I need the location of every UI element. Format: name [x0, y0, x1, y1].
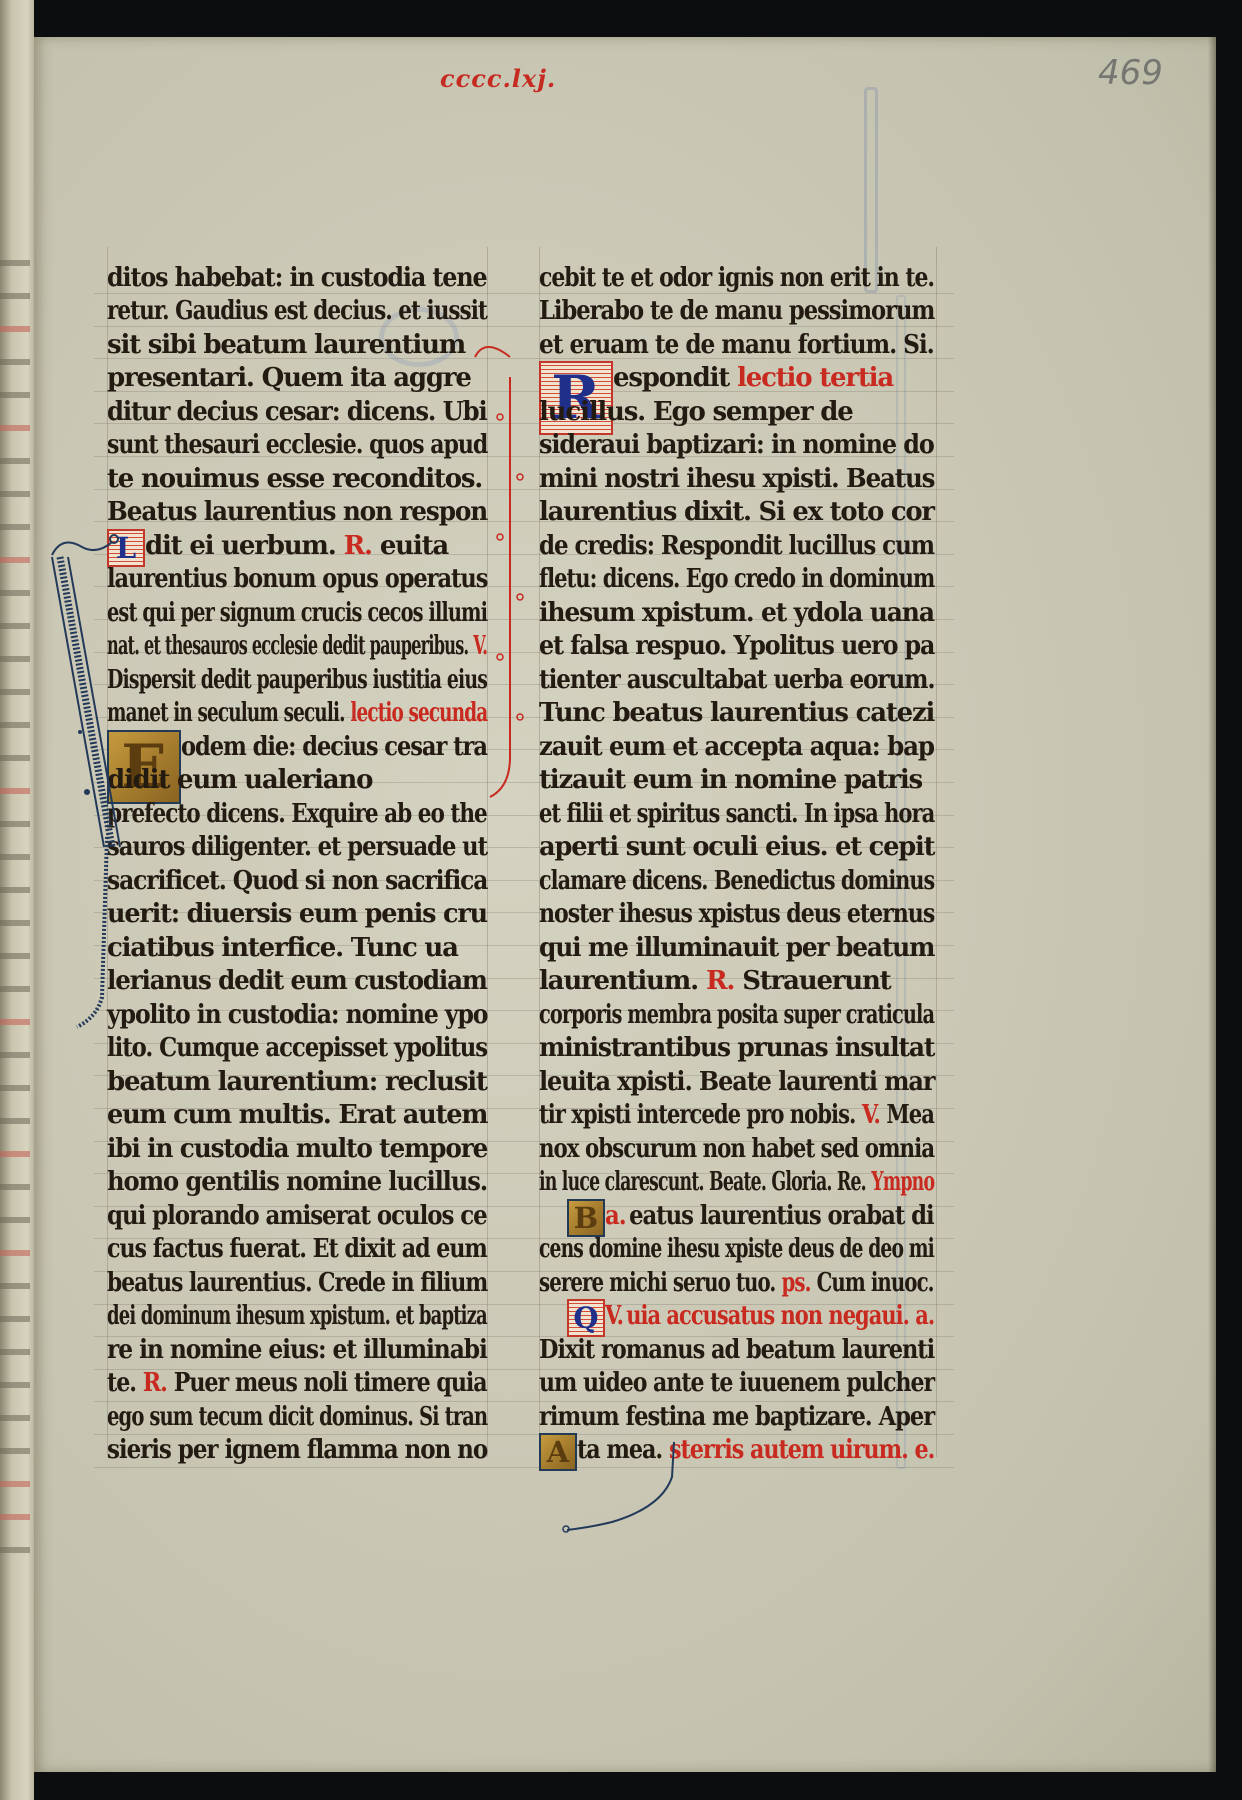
line-text: dit ei uerbum. — [145, 531, 336, 561]
adjacent-page-text-trace — [0, 887, 30, 893]
rubric-text: Ympno — [871, 1167, 934, 1197]
manuscript-line: Dispersit dedit pauperibus iustitia eius — [107, 665, 487, 695]
line-text: sacrificet. Quod si non sacrifica — [107, 866, 487, 896]
line-text: eatus laurentius orabat di — [629, 1201, 934, 1231]
pencil-foliation: 469 — [1098, 53, 1163, 93]
manuscript-line: lerianus dedit eum custodiam — [107, 966, 487, 996]
line-text: aperti sunt oculi eius. et cepit — [539, 832, 934, 862]
manuscript-line: sieris per ignem flamma non no — [107, 1435, 487, 1465]
line-text: cus factus fuerat. Et dixit ad eum — [107, 1234, 487, 1264]
text-column-left: ditos habebat: in custodia teneretur. Ga… — [107, 263, 487, 1453]
manuscript-line: a.eatus laurentius orabat di — [605, 1201, 934, 1231]
line-text: ibi in custodia multo tempore — [107, 1134, 487, 1164]
manuscript-line: corporis membra posita super craticula — [539, 1000, 934, 1030]
line-text: laurentius dixit. Si ex toto cor — [539, 497, 934, 527]
manuscript-line: cens domine ihesu xpiste deus de deo mi — [539, 1234, 934, 1264]
line-text: tizauit eum in nomine patris — [539, 765, 922, 795]
manuscript-line: Tunc beatus laurentius catezi — [539, 698, 934, 728]
line-text: sit sibi beatum laurentium — [107, 330, 465, 360]
adjacent-page-text-trace — [0, 491, 30, 497]
manuscript-line: et filii et spiritus sancti. In ipsa hor… — [539, 799, 934, 829]
line-text-continued: Cum inuoc. — [817, 1268, 934, 1298]
rubric-text: R. — [706, 966, 734, 996]
initial-border-flourish-red — [470, 337, 550, 837]
manuscript-line: Dixit romanus ad beatum laurenti — [539, 1335, 934, 1365]
manuscript-line: mini nostri ihesu xpisti. Beatus — [539, 464, 934, 494]
line-text-continued: Aper — [879, 1402, 935, 1432]
manuscript-line: ministrantibus prunas insultat — [539, 1033, 934, 1063]
line-text: qui plorando amiserat oculos ce — [107, 1201, 487, 1231]
adjacent-page-strip — [0, 0, 34, 1800]
manuscript-line: ditos habebat: in custodia tene — [107, 263, 487, 293]
manuscript-line: clamare dicens. Benedictus dominus — [539, 866, 934, 896]
line-text: noster ihesus xpistus deus eternus — [539, 899, 934, 929]
line-text: laurentium. — [539, 966, 698, 996]
manuscript-line: sauros diligenter. et persuade ut — [107, 832, 487, 862]
line-text: ministrantibus prunas insultat — [539, 1033, 934, 1063]
adjacent-page-text-trace — [0, 392, 30, 398]
line-text: sauros diligenter. et persuade ut — [107, 832, 487, 862]
rubric-text: V. — [862, 1100, 880, 1130]
line-text: Tunc beatus laurentius catezi — [539, 698, 934, 728]
line-text: clamare dicens. Benedictus dominus — [539, 866, 934, 896]
manuscript-line: manet in seculum seculi.lectio secunda — [107, 698, 487, 728]
line-text: ditur decius cesar: dicens. Ubi — [107, 397, 487, 427]
line-text: ditos habebat: in custodia tene — [107, 263, 487, 293]
line-text: sideraui baptizari: in nomine do — [539, 430, 934, 460]
manuscript-line: et eruam te de manu fortium. Si. — [539, 330, 934, 360]
manuscript-line: qui plorando amiserat oculos ce — [107, 1201, 487, 1231]
adjacent-page-text-trace — [0, 953, 30, 959]
line-text: retur. Gaudius est decius. et iussit — [107, 296, 487, 326]
line-text: cebit te et odor ignis non erit in te. — [539, 263, 934, 293]
decorated-initial-b: B — [567, 1199, 605, 1237]
line-text: cens domine ihesu xpiste deus de deo mi — [539, 1234, 934, 1264]
adjacent-page-text-trace — [0, 1382, 30, 1388]
adjacent-page-text-trace — [0, 1547, 30, 1553]
manuscript-line: lito. Cumque accepisset ypolitus — [107, 1033, 487, 1063]
manuscript-line: V.uia accusatus non negaui. a. — [605, 1301, 934, 1331]
manuscript-line: leuita xpisti. Beate laurenti mar — [539, 1067, 934, 1097]
manuscript-line: sunt thesauri ecclesie. quos apud — [107, 430, 487, 460]
rubric-text: R. — [143, 1368, 167, 1398]
line-text: re in nomine eius: et illuminabi — [107, 1335, 487, 1365]
adjacent-page-text-trace — [0, 260, 30, 266]
initial-border-flourish-left — [42, 517, 162, 1037]
rubric-text: lectio secunda — [350, 698, 487, 728]
adjacent-page-text-trace — [0, 1316, 30, 1322]
line-text: de credis: Respondit lucillus cum — [539, 531, 934, 561]
manuscript-line: aperti sunt oculi eius. et cepit — [539, 832, 934, 862]
manuscript-line: laurentius bonum opus operatus — [107, 564, 487, 594]
manuscript-line: Beatus laurentius non respon — [107, 497, 487, 527]
manuscript-line: presentari. Quem ita aggre — [107, 363, 471, 393]
manuscript-line: esponditlectio tertia — [613, 363, 893, 393]
adjacent-page-text-trace — [0, 326, 30, 332]
manuscript-line: odem die: decius cesar tra — [181, 732, 487, 762]
line-text: uerit: diuersis eum penis cru — [107, 899, 487, 929]
line-text-continued: Strauerunt — [742, 966, 890, 996]
manuscript-line: um uideo ante te iuuenem pulcher — [539, 1368, 934, 1398]
adjacent-page-text-trace — [0, 1151, 30, 1157]
manuscript-line: cebit te et odor ignis non erit in te. — [539, 263, 934, 293]
ruling-horizontal — [94, 1467, 954, 1468]
manuscript-page: cccc.lxj. 469 ditos habebat: in custodia… — [34, 37, 1216, 1772]
line-text: sieris per ignem flamma non no — [107, 1435, 487, 1465]
manuscript-line: tir xpisti intercede pro nobis.V.Mea — [539, 1100, 934, 1130]
manuscript-line: nox obscurum non habet sed omnia — [539, 1134, 934, 1164]
line-text: Beatus laurentius non respon — [107, 497, 487, 527]
adjacent-page-text-trace — [0, 1250, 30, 1256]
line-text: sunt thesauri ecclesie. quos apud — [107, 430, 487, 460]
line-text: corporis membra posita super craticula — [539, 1000, 934, 1030]
line-text: lucillus. Ego semper de — [539, 397, 853, 427]
line-text: laurentius bonum opus operatus — [107, 564, 487, 594]
line-text: tir xpisti intercede pro nobis. — [539, 1100, 855, 1130]
line-text: eum cum multis. Erat autem — [107, 1100, 487, 1130]
manuscript-line: retur. Gaudius est decius. et iussit — [107, 296, 487, 326]
manuscript-line: homo gentilis nomine lucillus. — [107, 1167, 487, 1197]
line-text: Liberabo te de manu pessimorum — [539, 296, 934, 326]
manuscript-line: qui me illuminauit per beatum — [539, 933, 934, 963]
line-text: beatus laurentius. Crede in filium — [107, 1268, 487, 1298]
adjacent-page-text-trace — [0, 788, 30, 794]
manuscript-line: est qui per signum crucis cecos illumi — [107, 598, 487, 628]
line-text: dei dominum ihesum xpistum. et baptiza — [107, 1301, 487, 1331]
line-text-continued: Mea — [886, 1100, 934, 1130]
adjacent-page-text-trace — [0, 986, 30, 992]
line-text: Dispersit dedit pauperibus iustitia eius — [107, 665, 487, 695]
rubric-mark: V. — [605, 1301, 623, 1331]
adjacent-page-text-trace — [0, 1052, 30, 1058]
adjacent-page-text-trace — [0, 1085, 30, 1091]
adjacent-page-text-trace — [0, 1019, 30, 1025]
manuscript-line: in luce clarescunt. Beate. Gloria. Re.Ym… — [539, 1167, 934, 1197]
manuscript-line: te nouimus esse reconditos. — [107, 464, 482, 494]
manuscript-line: prefecto dicens. Exquire ab eo the — [107, 799, 487, 829]
rubric-mark: a. — [605, 1201, 626, 1231]
adjacent-page-text-trace — [0, 524, 30, 530]
manuscript-line: sacrificet. Quod si non sacrifica — [107, 866, 487, 896]
line-text: tienter auscultabat uerba eorum. — [539, 665, 934, 695]
manuscript-line: eum cum multis. Erat autem — [107, 1100, 487, 1130]
line-text: fletu: dicens. Ego credo in dominum — [539, 564, 934, 594]
line-text: te. — [107, 1368, 136, 1398]
adjacent-page-text-trace — [0, 590, 30, 596]
manuscript-line: beatus laurentius. Crede in filium — [107, 1268, 487, 1298]
line-text: odem die: decius cesar tra — [181, 732, 487, 762]
ruling-vertical — [936, 247, 937, 1457]
line-text: presentari. Quem ita aggre — [107, 363, 471, 393]
adjacent-page-text-trace — [0, 623, 30, 629]
line-text: est qui per signum crucis cecos illumi — [107, 598, 487, 628]
adjacent-page-text-trace — [0, 557, 30, 563]
adjacent-page-text-trace — [0, 359, 30, 365]
line-text: espondit — [613, 363, 729, 393]
line-text: serere michi seruo tuo. — [539, 1268, 775, 1298]
manuscript-line: uerit: diuersis eum penis cru — [107, 899, 487, 929]
manuscript-line: tienter auscultabat uerba eorum. — [539, 665, 934, 695]
line-text: zauit eum et accepta aqua: bap — [539, 732, 934, 762]
rubric-text: lectio tertia — [737, 363, 893, 393]
manuscript-line: cus factus fuerat. Et dixit ad eum — [107, 1234, 487, 1264]
line-text: ypolito in custodia: nomine ypo — [107, 1000, 487, 1030]
line-text: et falsa respuo. Ypolitus uero pa — [539, 631, 934, 661]
line-text: prefecto dicens. Exquire ab eo the — [107, 799, 487, 829]
manuscript-line: dei dominum ihesum xpistum. et baptiza — [107, 1301, 487, 1331]
adjacent-page-text-trace — [0, 1217, 30, 1223]
line-text: et filii et spiritus sancti. In ipsa hor… — [539, 799, 934, 829]
adjacent-page-text-trace — [0, 920, 30, 926]
adjacent-page-text-trace — [0, 656, 30, 662]
line-text: rimum festina me baptizare. — [539, 1402, 872, 1432]
line-text: lerianus dedit eum custodiam — [107, 966, 487, 996]
adjacent-page-text-trace — [0, 1349, 30, 1355]
line-text: mini nostri ihesu xpisti. Beatus — [539, 464, 934, 494]
decorated-initial-q: Q — [567, 1299, 605, 1337]
manuscript-line: nat. et thesauros ecclesie dedit pauperi… — [107, 631, 487, 661]
line-text: lito. Cumque accepisset ypolitus — [107, 1033, 487, 1063]
adjacent-page-text-trace — [0, 293, 30, 299]
line-text: leuita xpisti. Beate laurenti mar — [539, 1067, 934, 1097]
manuscript-line: te.R.Puer meus noli timere quia — [107, 1368, 487, 1398]
line-text: ihesum xpistum. et ydola uana — [539, 598, 934, 628]
manuscript-line: Liberabo te de manu pessimorum — [539, 296, 934, 326]
line-text: et eruam te de manu fortium. Si. — [539, 330, 934, 360]
manuscript-line: et falsa respuo. Ypolitus uero pa — [539, 631, 934, 661]
manuscript-line: sideraui baptizari: in nomine do — [539, 430, 934, 460]
text-column-right: cebit te et odor ignis non erit in te.Li… — [539, 263, 934, 1453]
manuscript-line: serere michi seruo tuo.ps.Cum inuoc. — [539, 1268, 934, 1298]
adjacent-page-text-trace — [0, 1514, 30, 1520]
adjacent-page-text-trace — [0, 1481, 30, 1487]
rubric-text: R. — [344, 531, 372, 561]
line-text: ego sum tecum dicit dominus. Si tran — [107, 1402, 487, 1432]
line-text: qui me illuminauit per beatum — [539, 933, 934, 963]
line-text: beatum laurentium: reclusit — [107, 1067, 487, 1097]
page-edge-shadow — [1208, 37, 1216, 1772]
adjacent-page-text-trace — [0, 821, 30, 827]
manuscript-line: rimum festina me baptizare.Aper — [539, 1402, 934, 1432]
line-text: Dixit romanus ad beatum laurenti — [539, 1335, 934, 1365]
adjacent-page-text-trace — [0, 1448, 30, 1454]
line-text: in luce clarescunt. Beate. Gloria. Re. — [539, 1167, 866, 1197]
manuscript-line: ibi in custodia multo tempore — [107, 1134, 487, 1164]
adjacent-page-text-trace — [0, 755, 30, 761]
line-text: te nouimus esse reconditos. — [107, 464, 482, 494]
initial-tail-flourish — [554, 1437, 754, 1537]
adjacent-page-text-trace — [0, 1283, 30, 1289]
manuscript-line: re in nomine eius: et illuminabi — [107, 1335, 487, 1365]
manuscript-line: ego sum tecum dicit dominus. Si tran — [107, 1402, 487, 1432]
line-text: um uideo ante te iuuenem pulcher — [539, 1368, 934, 1398]
manuscript-line: laurentium.R.Strauerunt — [539, 966, 891, 996]
manuscript-line: lucillus. Ego semper de — [539, 397, 853, 427]
line-text: homo gentilis nomine lucillus. — [107, 1167, 487, 1197]
rubric-text: ps. — [781, 1268, 810, 1298]
manuscript-line: de credis: Respondit lucillus cum — [539, 531, 934, 561]
line-text: uia accusatus non negaui. a. — [626, 1301, 934, 1331]
manuscript-line: beatum laurentium: reclusit — [107, 1067, 487, 1097]
manuscript-line: fletu: dicens. Ego credo in dominum — [539, 564, 934, 594]
manuscript-line: ypolito in custodia: nomine ypo — [107, 1000, 487, 1030]
manuscript-line: zauit eum et accepta aqua: bap — [539, 732, 934, 762]
manuscript-line: noster ihesus xpistus deus eternus — [539, 899, 934, 929]
manuscript-line: dit ei uerbum.R.euita — [145, 531, 448, 561]
adjacent-page-text-trace — [0, 1184, 30, 1190]
line-text-continued: Puer meus noli timere quia — [174, 1368, 487, 1398]
adjacent-page-text-trace — [0, 1118, 30, 1124]
manuscript-line: ditur decius cesar: dicens. Ubi — [107, 397, 487, 427]
adjacent-page-text-trace — [0, 458, 30, 464]
line-text-continued: euita — [380, 531, 448, 561]
manuscript-line: laurentius dixit. Si ex toto cor — [539, 497, 934, 527]
adjacent-page-text-trace — [0, 1415, 30, 1421]
manuscript-line: ihesum xpistum. et ydola uana — [539, 598, 934, 628]
adjacent-page-text-trace — [0, 722, 30, 728]
folio-number: cccc.lxj. — [440, 64, 556, 93]
adjacent-page-text-trace — [0, 425, 30, 431]
manuscript-line: tizauit eum in nomine patris — [539, 765, 922, 795]
manuscript-line: sit sibi beatum laurentium — [107, 330, 465, 360]
line-text: nox obscurum non habet sed omnia — [539, 1134, 934, 1164]
adjacent-page-text-trace — [0, 689, 30, 695]
adjacent-page-text-trace — [0, 854, 30, 860]
